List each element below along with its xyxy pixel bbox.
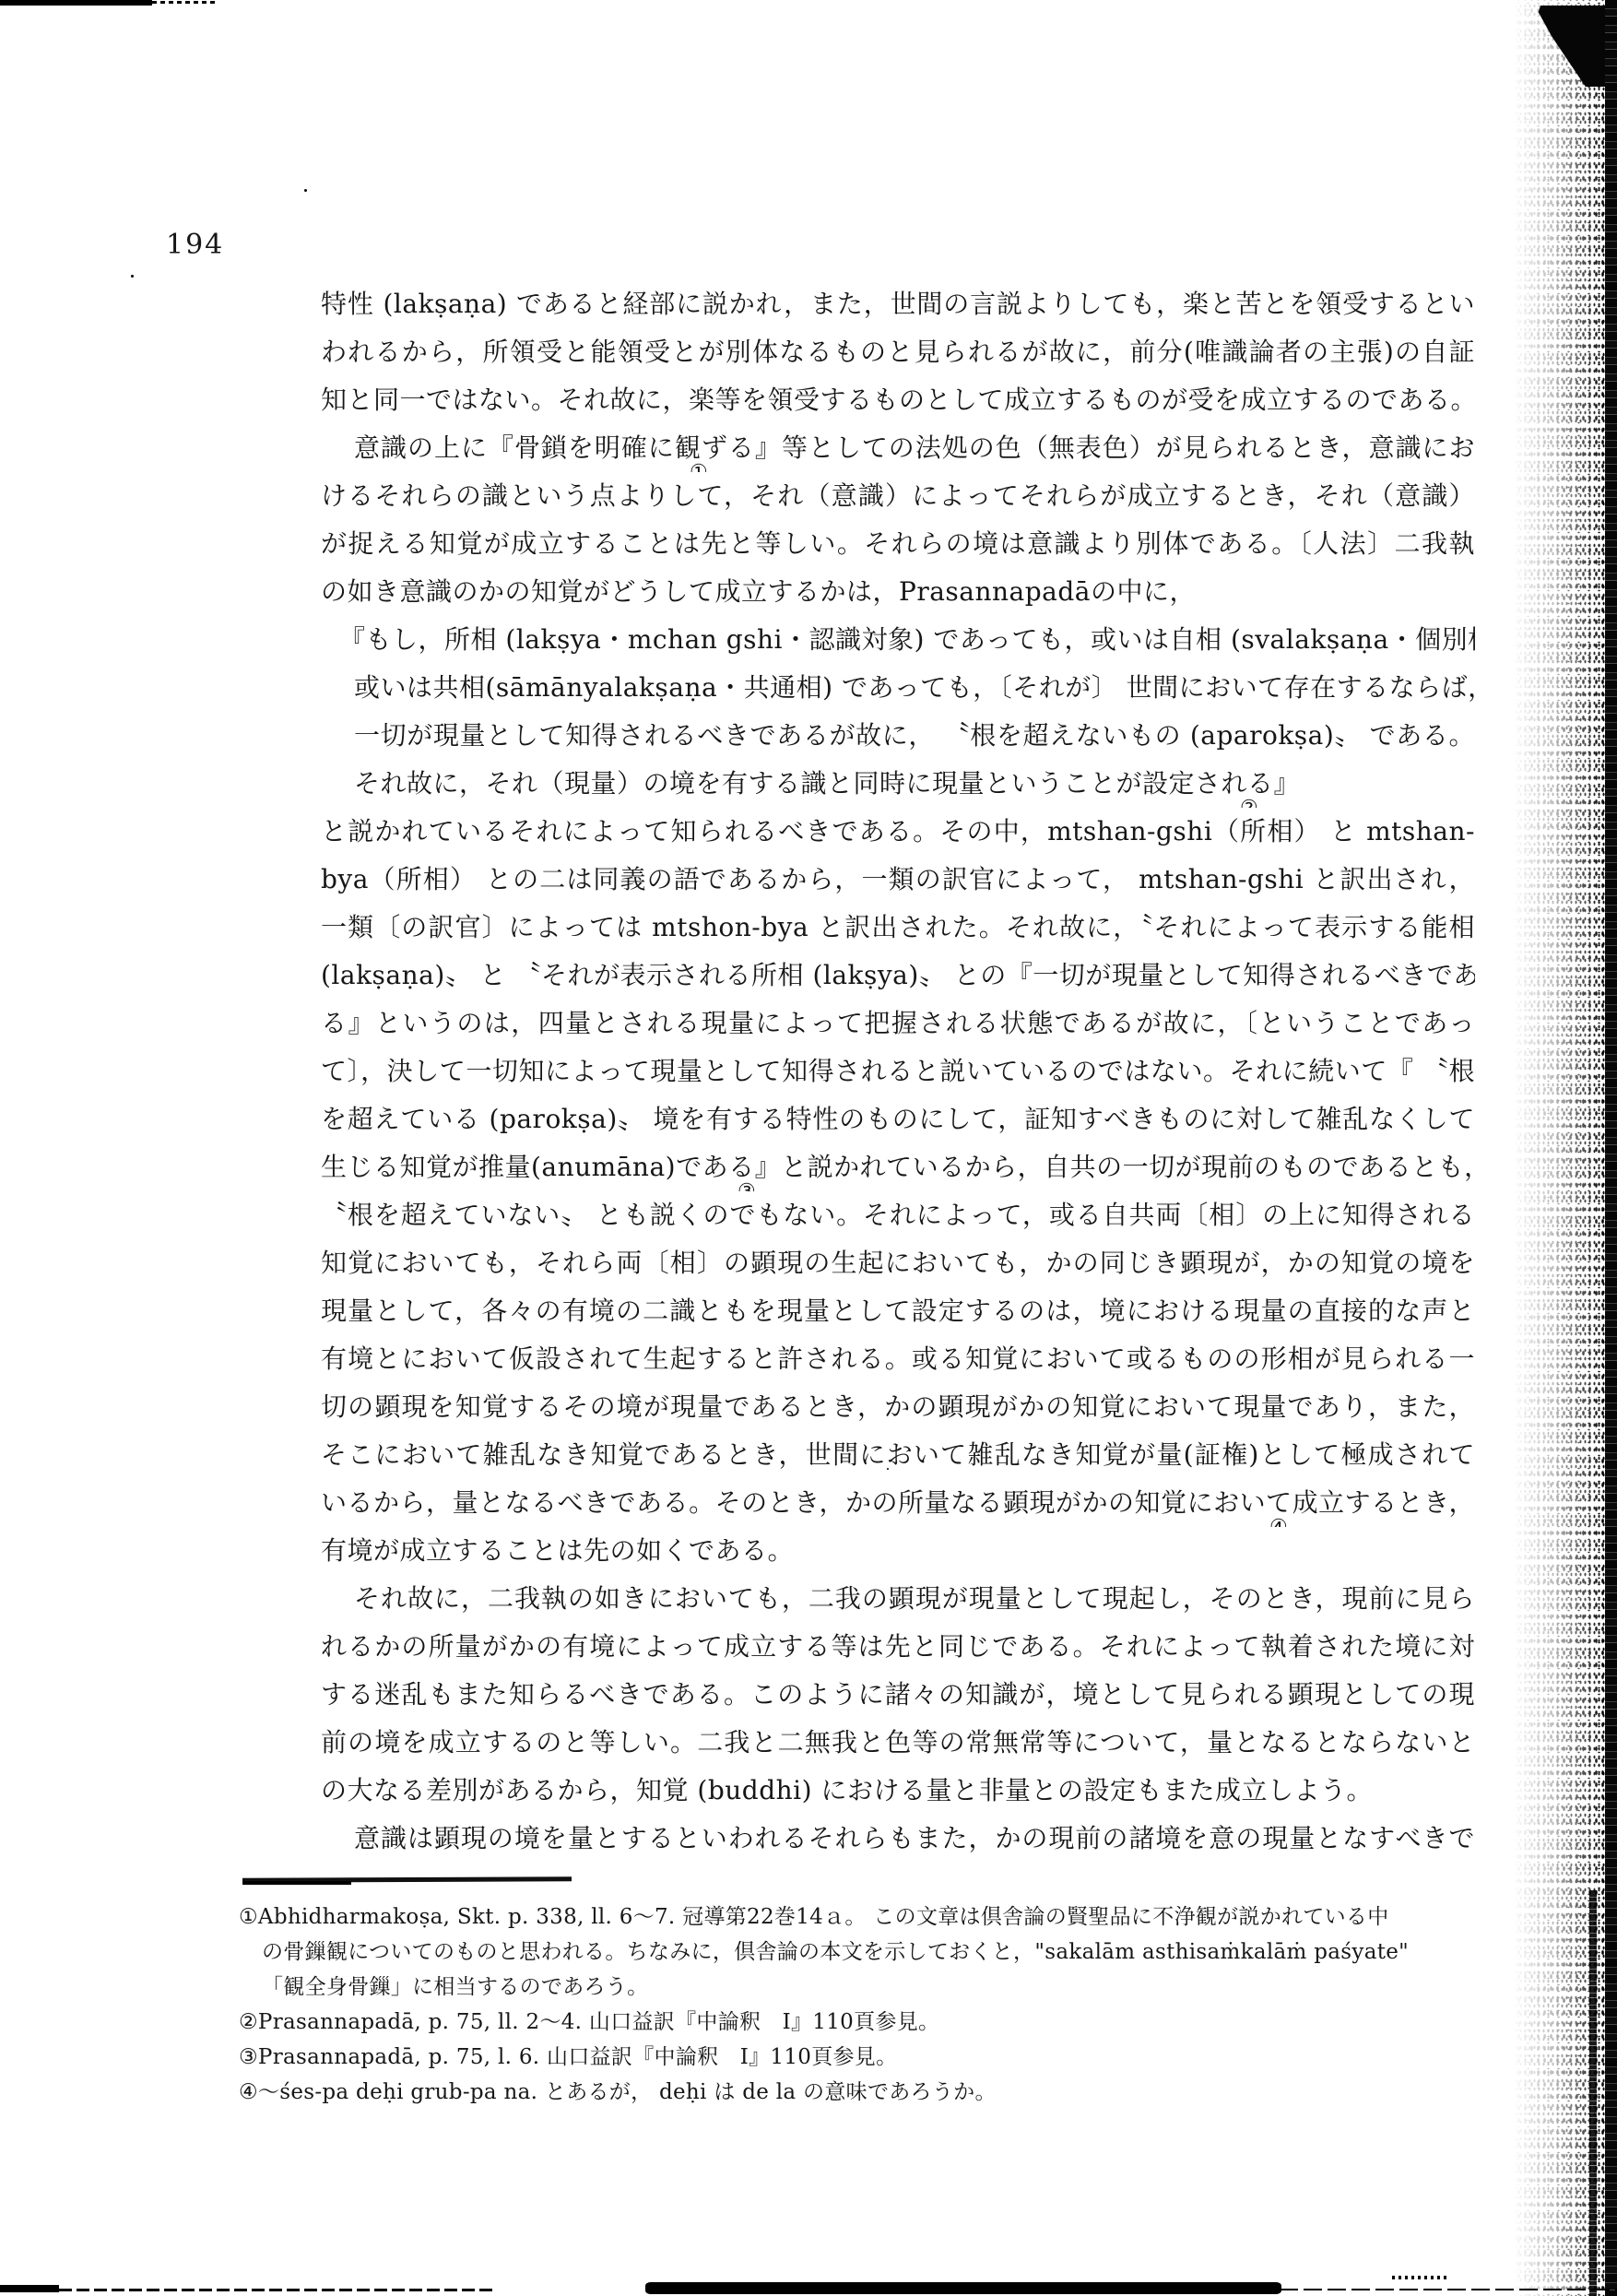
body-text-line: の如き意識のかの知覚がどうして成立するかは，Prasannapadāの中に， <box>321 568 1475 616</box>
scan-noise-right-edge <box>1605 0 1617 2296</box>
body-text-line: 前の境を成立するのと等しい。二我と二無我と色等の常無常等について，量となるとなら… <box>321 1719 1475 1767</box>
body-text-line: 特性 (lakṣaṇa) であると経部に説かれ，また，世間の言説よりしても，楽と… <box>321 280 1475 328</box>
body-text-line: それ故に，二我執の如きにおいても，二我の顕現が現量として現起し，そのとき，現前に… <box>321 1575 1475 1623</box>
footnote-marker: ② <box>1240 799 1258 808</box>
body-text-line: 有境とにおいて仮設されて生起すると許される。或る知覚において或るものの形相が見ら… <box>321 1335 1475 1383</box>
body-text-line: 切の顕現を知覚するその境が現量であるとき，かの顕現がかの知覚において現量であり，… <box>321 1383 1475 1431</box>
footnote-line: ①Abhidharmakoṣa, Skt. p. 338, ll. 6～7. 冠… <box>239 1900 1442 1935</box>
scan-dot <box>304 189 307 192</box>
scan-noise-bottom-bar-left <box>0 2285 59 2292</box>
footnote-marker: ④ <box>1269 1518 1288 1527</box>
footnote-line: ③Prasannapadā, p. 75, l. 6. 山口益訳『中論釈 Ⅰ』1… <box>239 2040 1442 2075</box>
body-text-line: 知覚においても，それら両〔相〕の顕現の生起においても，かの同じき顕現が，かの知覚… <box>321 1239 1475 1287</box>
body-text-line: 一切が現量として知得されるべきであるが故に， 〝根を超えないもの (aparok… <box>321 712 1475 760</box>
footnotes: ①Abhidharmakoṣa, Skt. p. 338, ll. 6～7. 冠… <box>239 1900 1442 2110</box>
body-text-line: を超えている (parokṣa)〟 境を有する特性のものにして，証知すべきものに… <box>321 1095 1475 1143</box>
body-text-line: けるそれらの識という点よりして，それ（意識）によってそれらが成立するとき，それ（… <box>321 472 1475 520</box>
body-text-line: われるから，所領受と能領受とが別体なるものと見られるが故に，前分(唯識論者の主張… <box>321 328 1475 376</box>
body-text-line: いるから，量となるべきである。そのとき，かの所量なる顕現がかの知覚において成立す… <box>321 1479 1475 1527</box>
body-text-line: 生じる知覚が推量(anumāna)である』と説かれているから，自共の一切が現前の… <box>321 1143 1475 1191</box>
scan-noise-bottom-line-right <box>1280 2289 1617 2290</box>
body-text-line: 現量として，各々の有境の二識ともを現量として設定するのは，境における現量の直接的… <box>321 1287 1475 1335</box>
body-text-line: 或いは共相(sāmānyalakṣaṇa・共通相) であっても，〔それが〕 世間… <box>321 664 1475 712</box>
page-number: 194 <box>166 229 224 261</box>
body-text-line: 〝根を超えていない〟 とも説くのでもない。それによって，或る自共両〔相〕の上に知… <box>321 1191 1475 1239</box>
footnote-marker: ① <box>690 463 708 472</box>
body-text-line: 意識は顕現の境を量とするといわれるそれらもまた，かの現前の諸境を意の現量となすべ… <box>321 1815 1475 1863</box>
body-text-line: れるかの所量がかの有境によって成立する等は先と同じである。それによって執着された… <box>321 1623 1475 1671</box>
body-text: 特性 (lakṣaṇa) であると経部に説かれ，また，世間の言説よりしても，楽と… <box>321 280 1475 1863</box>
scan-noise-bottom-marks <box>1392 2276 1447 2279</box>
scan-noise-bottom-bar-center <box>645 2282 1281 2294</box>
scan-dot <box>131 275 134 278</box>
footnote-line: ④～śes-pa deḥi grub-pa na. とあるが， deḥi は d… <box>239 2075 1442 2110</box>
body-text-line: bya（所相） との二は同義の語であるから，一類の訳官によって， mtshan-… <box>321 856 1475 904</box>
footnote-marker: ③ <box>738 1182 756 1191</box>
scan-noise-top-left-bar <box>0 0 152 6</box>
body-text-line: 意識の上に『骨鎖を明確に観ずる』等としての法処の色（無表色）が見られるとき，意識… <box>321 424 1475 472</box>
scan-noise-bottom-line-left <box>59 2289 492 2291</box>
body-text-line: する迷乱もまた知らるべきである。このように諸々の知識が，境として見られる顕現とし… <box>321 1671 1475 1719</box>
body-text-line: 有境が成立することは先の如くである。 <box>321 1527 1475 1575</box>
body-text-line: (lakṣaṇa)〟 と 〝それが表示される所相 (lakṣya)〟 との『一切… <box>321 952 1475 1000</box>
scanned-page: { "page": { "number": "194" }, "body": {… <box>0 0 1617 2296</box>
body-text-line: が捉える知覚が成立することは先と等しい。それらの境は意識より別体である。〔人法〕… <box>321 520 1475 568</box>
body-text-line: そこにおいて雑乱なき知覚であるとき，世間において雑乱なき知覚が量(証権)として極… <box>321 1431 1475 1479</box>
body-text-line: の大なる差別があるから，知覚 (buddhi) における量と非量との設定もまた成… <box>321 1767 1475 1815</box>
footnote-line: の骨鏁観についてのものと思われる。ちなみに，倶舎論の本文を示しておくと，"sak… <box>239 1935 1442 1970</box>
footnote-divider-thick <box>242 1881 351 1885</box>
body-text-line: 『もし，所相 (lakṣya・mchan gshi・認識対象) であっても，或い… <box>321 616 1475 664</box>
scan-noise-top-left-dashes <box>152 1 218 4</box>
body-text-line: 一類〔の訳官〕によっては mtshon-bya と訳出された。それ故に，〝それに… <box>321 904 1475 952</box>
footnote-line: ②Prasannapadā, p. 75, ll. 2～4. 山口益訳『中論釈 … <box>239 2005 1442 2040</box>
body-text-line: る』というのは，四量とされる現量によって把握される状態であるが故に，〔ということ… <box>321 1000 1475 1047</box>
body-text-line: 知と同一ではない。それ故に，楽等を領受するものとして成立するものが受を成立するの… <box>321 376 1475 424</box>
body-text-line: と説かれているそれによって知られるべきである。その中，mtshan-gshi（所… <box>321 808 1475 856</box>
body-text-line: て〕，決して一切知によって現量として知得されると説いているのではない。それに続い… <box>321 1047 1475 1095</box>
body-text-line: それ故に，それ（現量）の境を有する識と同時に現量ということが設定される』② <box>321 760 1475 808</box>
scan-noise-bottom-right-streak <box>1589 1890 1597 2296</box>
footnote-line: 「観全身骨鏁」に相当するのであろう。 <box>239 1970 1442 2005</box>
